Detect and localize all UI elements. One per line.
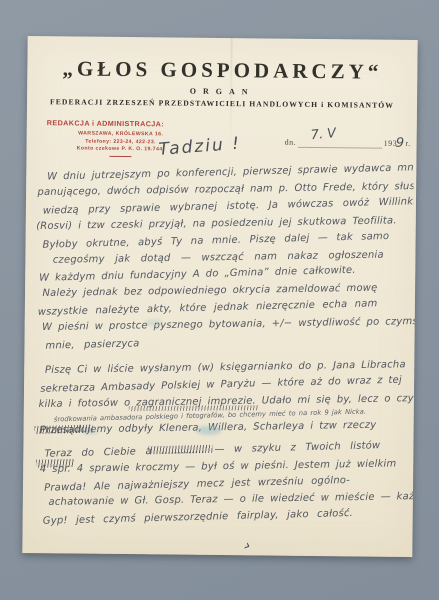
- scribble-strikethrough: [148, 445, 212, 455]
- letterhead-masthead: „GŁOS GOSPODARCZY“ ORGAN FEDERACJI ZRZES…: [27, 56, 418, 110]
- faded-ink-blot: [84, 429, 98, 435]
- continuation-mark: ›: [242, 536, 253, 555]
- scribble-strikethrough: [36, 459, 74, 468]
- handwritten-day: 7. V: [310, 126, 337, 143]
- photo-background: „GŁOS GOSPODARCZY“ ORGAN FEDERACJI ZRZES…: [0, 0, 439, 600]
- faded-ink-blot: [145, 319, 163, 326]
- publication-title: „GŁOS GOSPODARCZY“: [27, 56, 417, 85]
- faded-ink-blot: [196, 426, 222, 435]
- wavy-underline-strikethrough: [129, 405, 259, 411]
- admin-divider-dash: [109, 155, 131, 156]
- date-suffix: r.: [405, 139, 410, 149]
- letter-paper: „GŁOS GOSPODARCZY“ ORGAN FEDERACJI ZRZES…: [22, 36, 417, 557]
- date-dotted-rule: 7. V: [298, 137, 382, 149]
- handwritten-body: W dniu jutrzejszym po konferencji, pierw…: [33, 161, 418, 529]
- handwritten-year-digit: 9: [396, 136, 405, 152]
- date-line: dn. 7. V 1939 r.: [285, 133, 411, 149]
- publication-subtitle: ORGAN: [27, 85, 417, 98]
- date-prefix: dn.: [285, 138, 297, 148]
- admin-heading: REDAKCJA i ADMINISTRACJA:: [47, 118, 195, 129]
- organization-name: FEDERACJI ZRZESZEŃ PRZEDSTAWICIELI HANDL…: [27, 97, 417, 110]
